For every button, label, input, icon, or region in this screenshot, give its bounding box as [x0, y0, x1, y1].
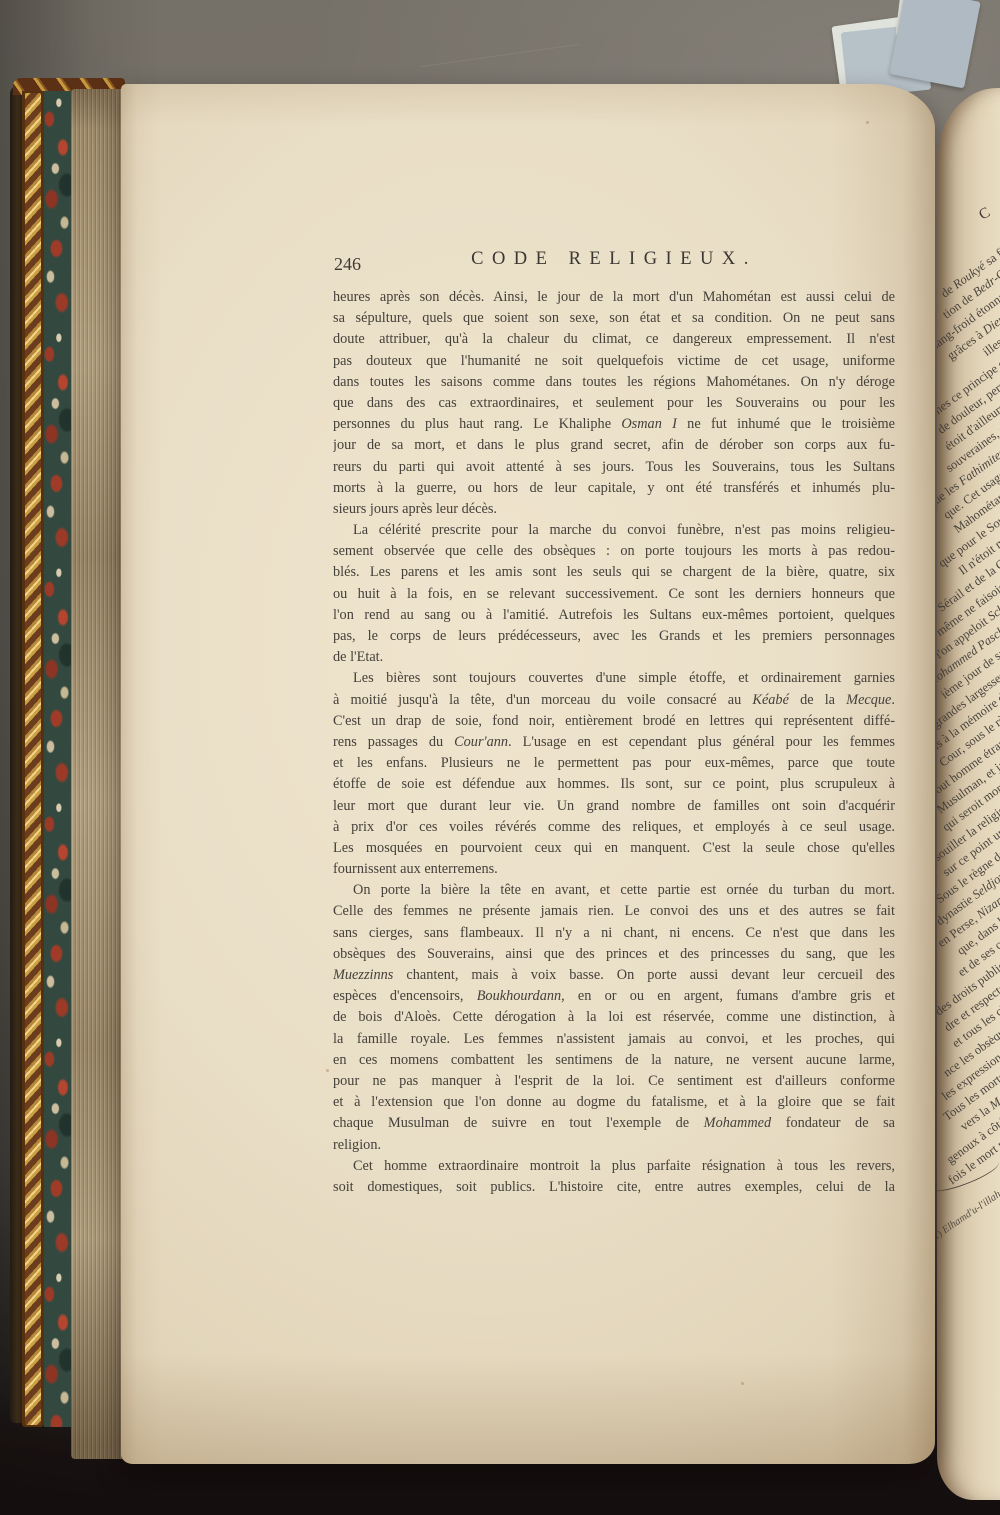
- text-line: jour de sa mort, et dans le plus grand s…: [333, 435, 895, 456]
- footnote: (1) Elhamd'u-l'illah: [937, 1189, 1000, 1245]
- next-page-edge: C de Roukyé sa fition de Bedr-Csang-froi…: [937, 88, 1000, 1500]
- text-line: leur mort que durant leur vie. Un grand …: [333, 796, 895, 817]
- text-line: Celle des femmes ne présente jamais rien…: [333, 901, 895, 922]
- text-line: la famille royale. Les femmes n'assisten…: [333, 1029, 895, 1050]
- foxing-spot: [741, 1382, 744, 1385]
- text-line: On porte la bière la tête en avant, et c…: [333, 880, 895, 901]
- text-line: sans cierges, sans flambeaux. Il n'y a n…: [333, 923, 895, 944]
- text-line: ou huit à la fois, en se relevant succes…: [333, 584, 895, 605]
- text-line: de bois d'Aloès. Cette dérogation à la l…: [333, 1007, 895, 1028]
- text-line: pour ne pas manquer à l'esprit de la loi…: [333, 1071, 895, 1092]
- text-line: personnes du plus haut rang. Le Khaliphe…: [333, 414, 895, 435]
- foxing-spot: [866, 121, 869, 124]
- book-page: 246 CODE RELIGIEUX. heures après son déc…: [121, 84, 935, 1464]
- text-line: l'on rend au sang ou à l'amitié. Autrefo…: [333, 605, 895, 626]
- text-line: soit domestiques, soit publics. L'histoi…: [333, 1177, 895, 1198]
- text-line: reurs du parti qui avoit attenté à ses j…: [333, 457, 895, 478]
- paragraph: Les bières sont toujours couvertes d'une…: [333, 668, 895, 880]
- text-line: de l'Etat.: [333, 647, 895, 668]
- text-line: La célérité prescrite pour la marche du …: [333, 520, 895, 541]
- text-line: à prix d'or ces voiles révérés comme des…: [333, 817, 895, 838]
- text-line: et les enfans. Plusieurs ne le permetten…: [333, 753, 895, 774]
- text-line: pas douteux que l'humanité ne soit quelq…: [333, 351, 895, 372]
- text-line: étoffe de soie est défendue aux hommes. …: [333, 774, 895, 795]
- text-line: obsèques des Souverains, ainsi que des p…: [333, 944, 895, 965]
- text-line: Muezzinns chantent, mais à voix basse. O…: [333, 965, 895, 986]
- text-line: morts à la guerre, ou hors de leur capit…: [333, 478, 895, 499]
- text-line: rens passages du Cour'ann. L'usage en es…: [333, 732, 895, 753]
- text-line: en ces momens combattent les sentimens d…: [333, 1050, 895, 1071]
- text-line: sement observée que celle des obsèques :…: [333, 541, 895, 562]
- text-line: Cet homme extraordinaire montroit la plu…: [333, 1156, 895, 1177]
- body-text: heures après son décès. Ainsi, le jour d…: [333, 287, 895, 1198]
- text-line: à moitié jusqu'à la tête, d'un morceau d…: [333, 690, 895, 711]
- text-line: sa sépulture, quels que soient son sexe,…: [333, 308, 895, 329]
- text-line: heures après son décès. Ainsi, le jour d…: [333, 287, 895, 308]
- text-line: C'est un drap de soie, fond noir, entièr…: [333, 711, 895, 732]
- text-line: que dans des cas extraordinaires, et seu…: [333, 393, 895, 414]
- paragraph: Cet homme extraordinaire montroit la plu…: [333, 1156, 895, 1198]
- text-line: pas, le corps de leurs prédécesseurs, av…: [333, 626, 895, 647]
- text-line: sieurs jours après leur décès.: [333, 499, 895, 520]
- next-page-header-fragment: C: [976, 205, 993, 225]
- text-line: espèces d'encensoirs, Boukhourdann, en o…: [333, 986, 895, 1007]
- text-line: dans toutes les saisons comme dans toute…: [333, 372, 895, 393]
- running-header: CODE RELIGIEUX.: [333, 249, 895, 270]
- paragraph: On porte la bière la tête en avant, et c…: [333, 880, 895, 1155]
- text-line: fournissent aux enterremens.: [333, 859, 895, 880]
- paragraph: La célérité prescrite pour la marche du …: [333, 520, 895, 668]
- text-line: blés. Les parens et les amis sont les se…: [333, 562, 895, 583]
- book-binding: [10, 78, 132, 1462]
- foxing-spot: [326, 1069, 329, 1072]
- text-line: chaque Musulman de suivre en tout l'exem…: [333, 1113, 895, 1134]
- gold-rope-tooling: [22, 91, 44, 1427]
- text-line: Les mosquées en pourvoient ceux qui en m…: [333, 838, 895, 859]
- text-line: religion.: [333, 1135, 895, 1156]
- text-line: Les bières sont toujours couvertes d'une…: [333, 668, 895, 689]
- marbled-endpaper: [44, 91, 71, 1427]
- text-line: et à l'extension que l'on donne au dogme…: [333, 1092, 895, 1113]
- paragraph: heures après son décès. Ainsi, le jour d…: [333, 287, 895, 520]
- text-line: doute attribuer, qu'à la chaleur du clim…: [333, 329, 895, 350]
